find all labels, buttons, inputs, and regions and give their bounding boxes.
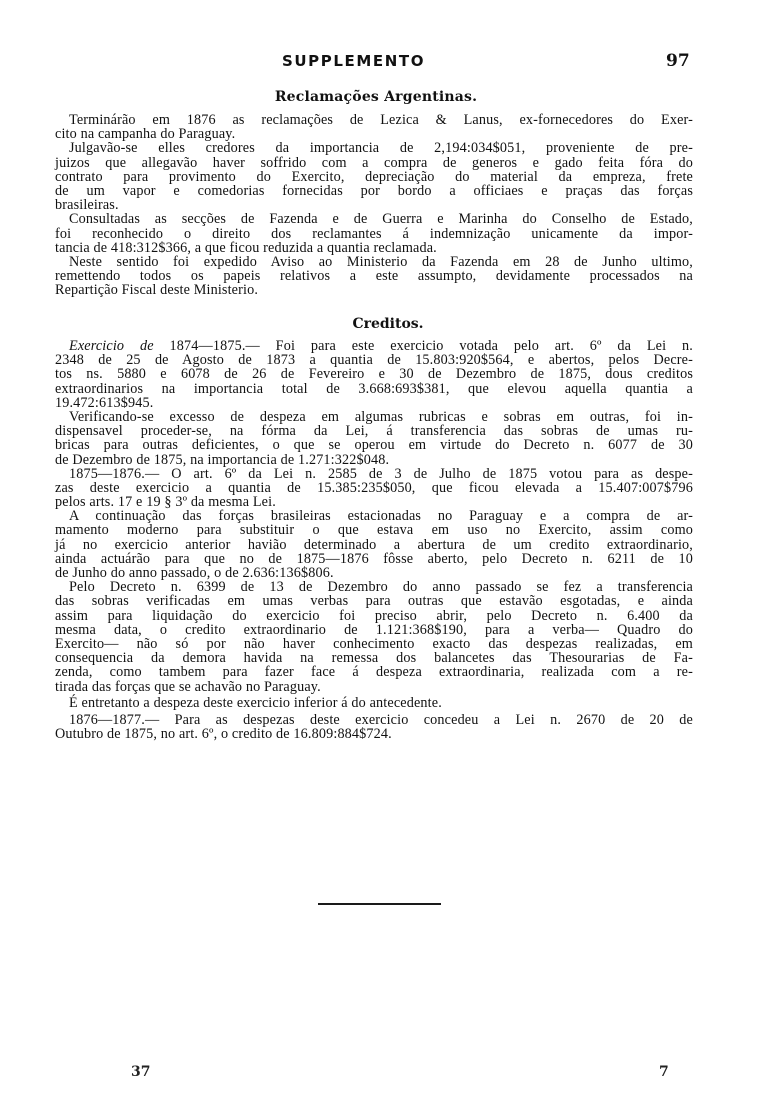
text-line: extraordinarios na importancia total de … — [55, 382, 693, 396]
text-line: Consultadas as secções de Fazenda e de G… — [55, 212, 693, 226]
text-line: de Dezembro de 1875, na importancia de 1… — [55, 453, 693, 467]
text-line: zas deste exercicio a quantia de 15.385:… — [55, 481, 693, 495]
text-line: mesma data, o credito extraordinario de … — [55, 623, 693, 637]
section-body-reclamacoes: Terminárão em 1876 as reclamações de Lez… — [55, 113, 693, 297]
paragraph: 1875—1876.— O art. 6º da Lei n. 2585 de … — [55, 467, 693, 510]
text-line: tirada das forças que se achavão no Para… — [55, 680, 693, 694]
paragraph: Verificando-se excesso de despeza em alg… — [55, 410, 693, 467]
page-number: 97 — [666, 51, 690, 71]
text-line: ainda actuárão para que no de 1875—1876 … — [55, 552, 693, 566]
text-line: consequencia da demora havida na remessa… — [55, 651, 693, 665]
text-line: brasileiras. — [55, 198, 693, 212]
text-line: já no exercicio anterior havião determin… — [55, 538, 693, 552]
text-line: cito na campanha do Paraguay. — [55, 127, 693, 141]
closing-rule — [318, 903, 441, 905]
paragraph: A continuação das forças brasileiras est… — [55, 509, 693, 580]
text-line: contrato para provimento do Exercito, de… — [55, 170, 693, 184]
text-line: Verificando-se excesso de despeza em alg… — [55, 410, 693, 424]
text-line: A continuação das forças brasileiras est… — [55, 509, 693, 523]
text-line: juizos que allegavão haver soffrido com … — [55, 156, 693, 170]
text-line: foi reconhecido o direito dos reclamante… — [55, 227, 693, 241]
paragraph: Neste sentido foi expedido Aviso ao Mini… — [55, 255, 693, 298]
paragraph: Pelo Decreto n. 6399 de 13 de Dezembro d… — [55, 580, 693, 694]
paragraph: Julgavão-se elles credores da importanci… — [55, 141, 693, 212]
section-title-reclamacoes: Reclamações Argentinas. — [0, 89, 760, 105]
text-line: Pelo Decreto n. 6399 de 13 de Dezembro d… — [55, 580, 693, 594]
text-line: zenda, como tambem para fazer face á des… — [55, 665, 693, 679]
text-line: pelos arts. 17 e 19 § 3º da mesma Lei. — [55, 495, 693, 509]
text-line: mamento moderno para substituir o que es… — [55, 523, 693, 537]
text-line: Neste sentido foi expedido Aviso ao Mini… — [55, 255, 693, 269]
text-line: tancia de 418:312$366, a que ficou reduz… — [55, 241, 693, 255]
text-line: de um vapor e comedorias fornecidas por … — [55, 184, 693, 198]
text-line: 1875—1876.— O art. 6º da Lei n. 2585 de … — [55, 467, 693, 481]
text-line: das sobras verificadas em umas verbas pa… — [55, 594, 693, 608]
text-line: Repartição Fiscal deste Ministerio. — [55, 283, 693, 297]
paragraph: 1876—1877.— Para as despezas deste exerc… — [55, 713, 693, 741]
signature-mark-right: 7 — [659, 1064, 669, 1080]
running-title: SUPPLEMENTO — [282, 52, 425, 70]
text-line: tos ns. 5880 e 6078 de 26 de Fevereiro e… — [55, 367, 693, 381]
text-line: Exercito— não só por não haver conhecime… — [55, 637, 693, 651]
text-line: É entretanto a despeza deste exercicio i… — [55, 696, 693, 710]
paragraph: Exercicio de 1874—1875.— Foi para este e… — [55, 339, 693, 410]
text-line: Terminárão em 1876 as reclamações de Lez… — [55, 113, 693, 127]
text-line: Exercicio de 1874—1875.— Foi para este e… — [55, 339, 693, 353]
text-line: dispensavel proceder-se, na fórma da Lei… — [55, 424, 693, 438]
section-title-creditos: Creditos. — [4, 316, 768, 332]
running-head: SUPPLEMENTO 97 — [0, 52, 768, 74]
text-line: assim para liquidação do exercicio foi p… — [55, 609, 693, 623]
text-line: bricas para outras deficientes, o que se… — [55, 438, 693, 452]
text-line: Julgavão-se elles credores da importanci… — [55, 141, 693, 155]
text-line: 1876—1877.— Para as despezas deste exerc… — [55, 713, 693, 727]
text-line: 2348 de 25 de Agosto de 1873 a quantia d… — [55, 353, 693, 367]
text-line: 19.472:613$945. — [55, 396, 693, 410]
section-body-creditos: Exercicio de 1874—1875.— Foi para este e… — [55, 339, 693, 741]
document-page: SUPPLEMENTO 97 Reclamações Argentinas. T… — [0, 0, 768, 1120]
text-line: Outubro de 1875, no art. 6º, o credito d… — [55, 727, 693, 741]
paragraph: Terminárão em 1876 as reclamações de Lez… — [55, 113, 693, 141]
text-line: de Junho do anno passado, o de 2.636:136… — [55, 566, 693, 580]
paragraph: Consultadas as secções de Fazenda e de G… — [55, 212, 693, 255]
signature-mark-left: 37 — [131, 1064, 150, 1080]
text-line: remettendo todos os papeis relativos a e… — [55, 269, 693, 283]
paragraph: É entretanto a despeza deste exercicio i… — [55, 696, 693, 710]
